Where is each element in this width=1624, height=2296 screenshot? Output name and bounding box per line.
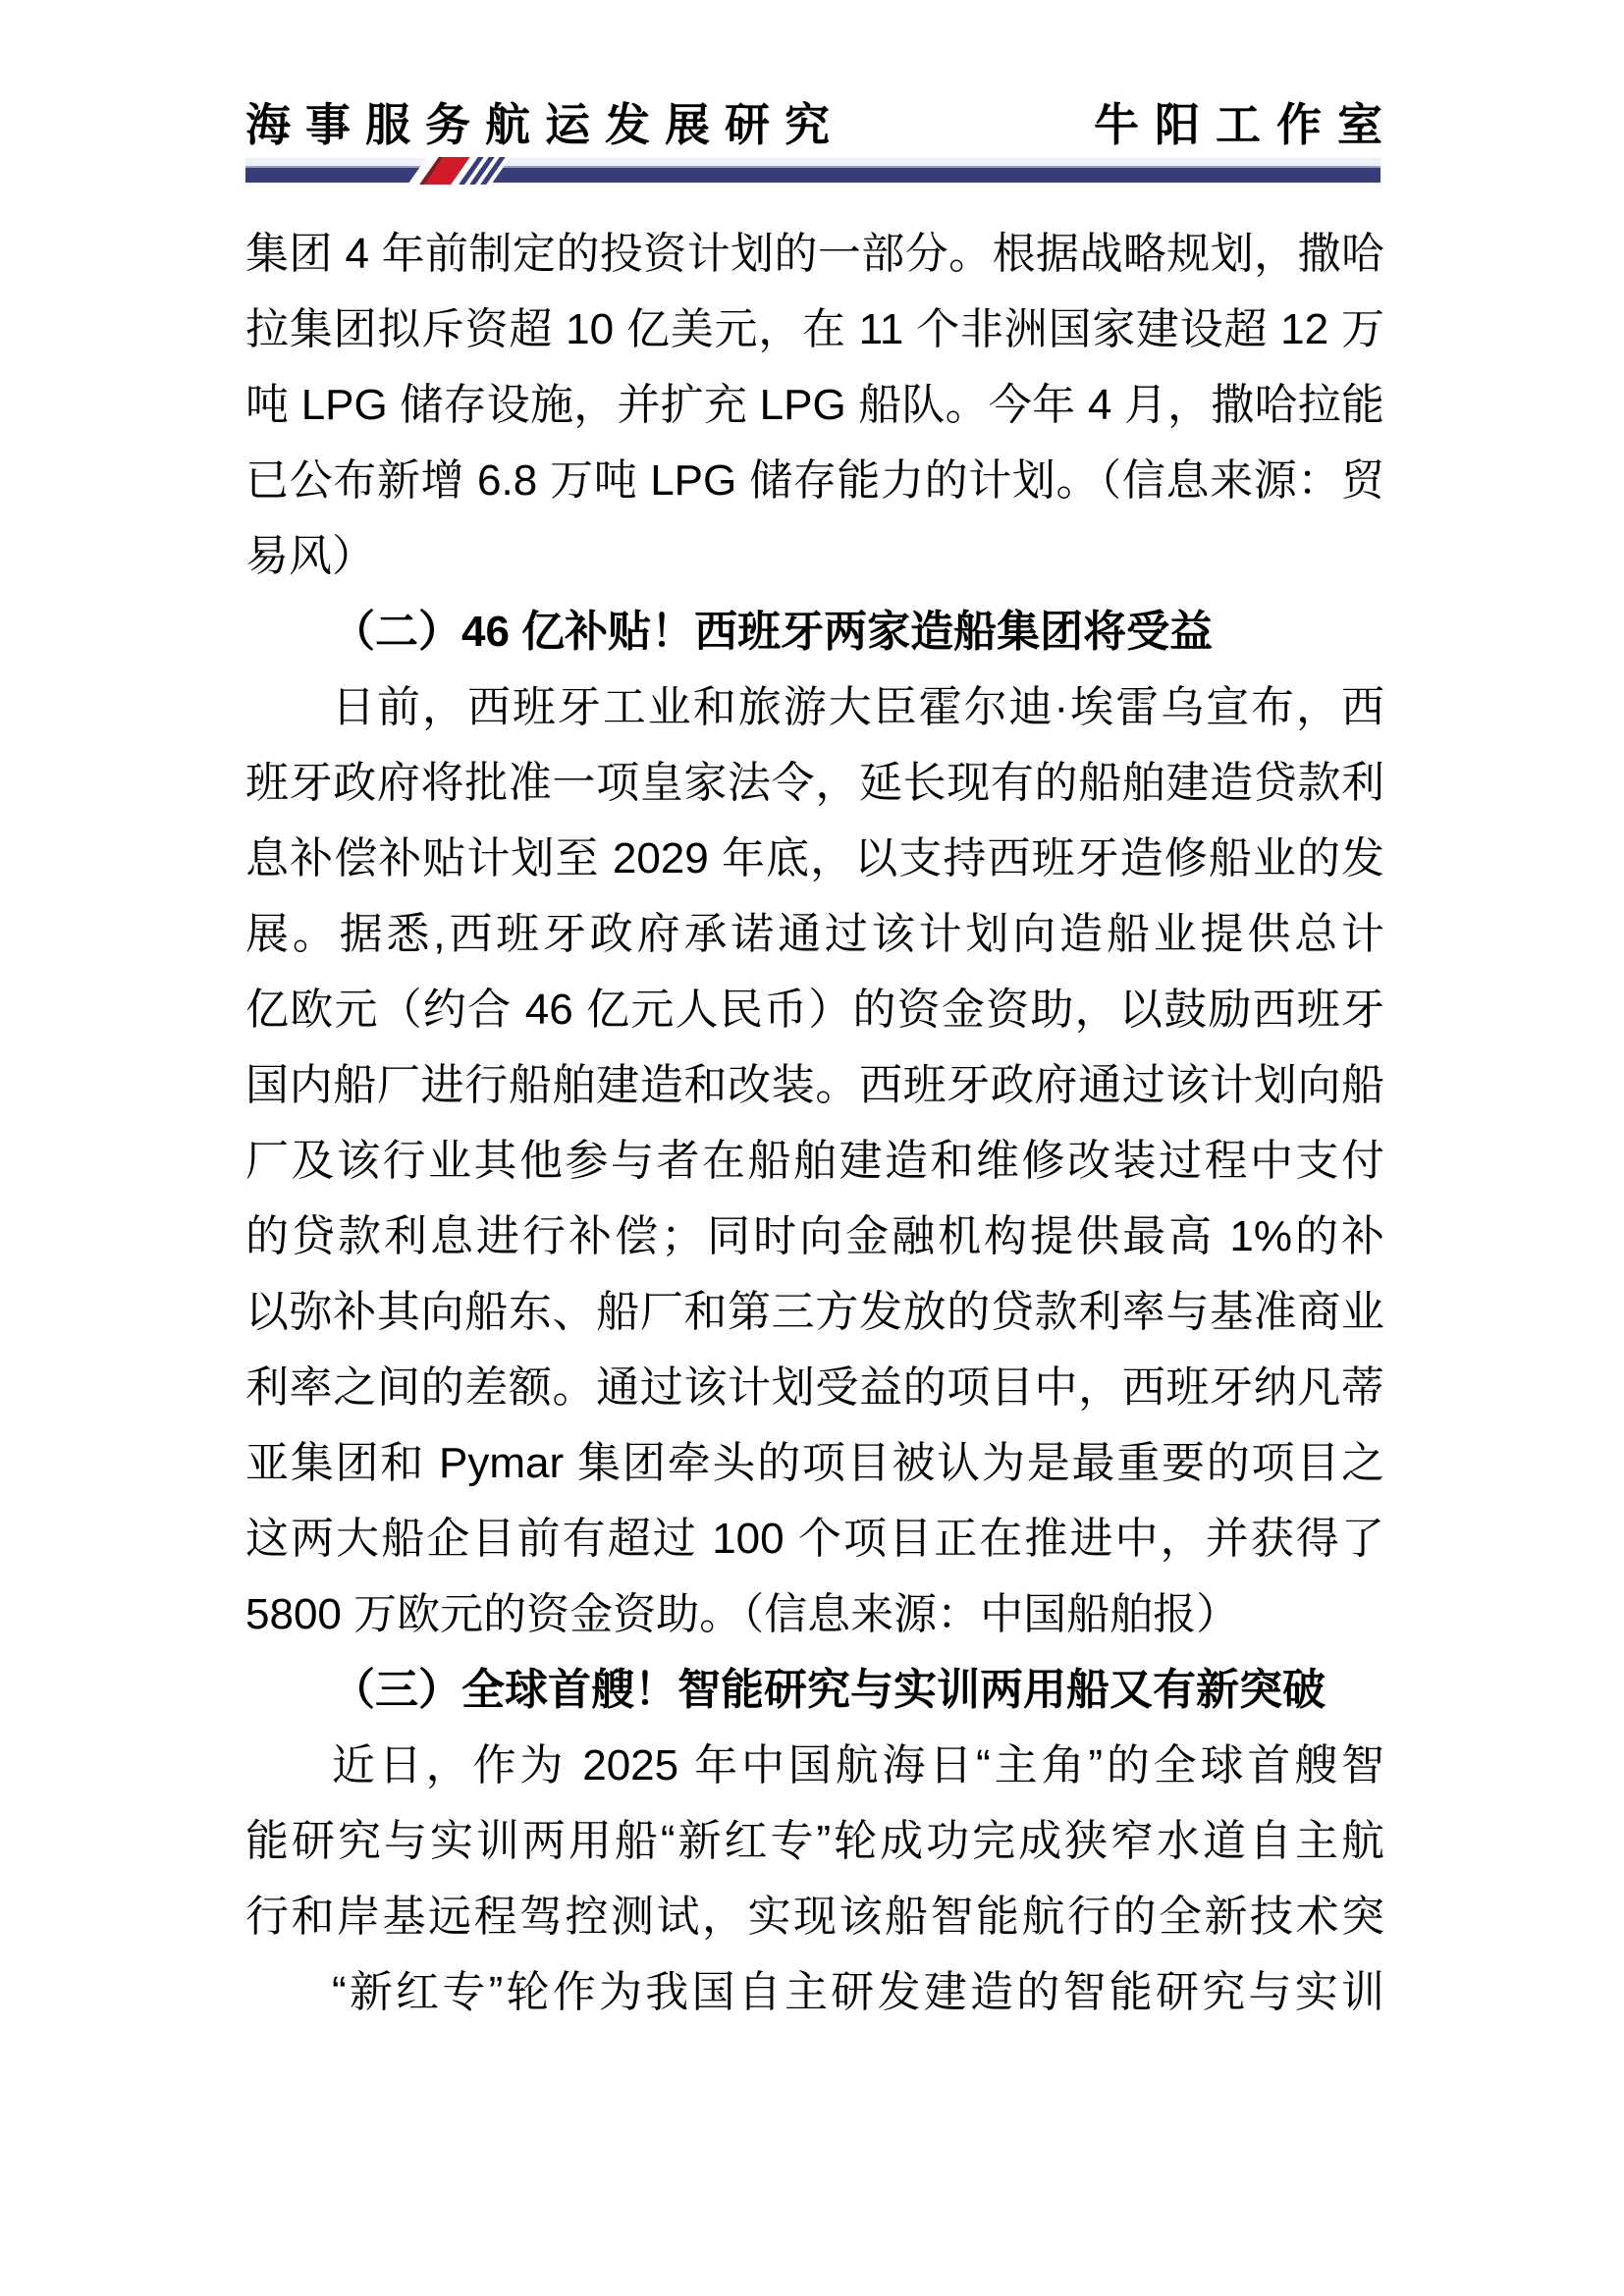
- text-line: 吨 LPG 储存设施，并扩充 LPG 船队。今年 4 月，撒哈拉能源: [245, 367, 1384, 443]
- text-line: 利率之间的差额。通过该计划受益的项目中，西班牙纳凡蒂: [245, 1350, 1384, 1425]
- text-line: 息补偿补贴计划至 2029 年底，以支持西班牙造修船业的发: [245, 821, 1384, 896]
- text-line: 行和岸基远程驾控测试，实现该船智能航行的全新技术突破。: [245, 1879, 1384, 1954]
- text-line: 国内船厂进行船舶建造和改装。西班牙政府通过该计划向船: [245, 1047, 1384, 1123]
- document-page: 海事服务航运发展研究 牛阳工作室 集团 4 年前制定的投资计划的一部分。根据战略…: [0, 0, 1624, 2296]
- text-line: 已公布新增 6.8 万吨 LPG 储存能力的计划。（信息来源：贸: [245, 443, 1384, 518]
- text-line: 以弥补其向船东、船厂和第三方发放的贷款利率与基准商业: [245, 1274, 1384, 1350]
- header-accent-decoration: [417, 157, 525, 185]
- text-line: 5800 万欧元的资金资助。（信息来源：中国船舶报）: [245, 1576, 1384, 1652]
- section-heading: （二）46 亿补贴！西班牙两家造船集团将受益: [245, 594, 1384, 669]
- header-right-title: 牛阳工作室: [1094, 100, 1398, 150]
- page-header: 海事服务航运发展研究 牛阳工作室: [245, 100, 1382, 150]
- text-line: 亿欧元（约合 46 亿元人民币）的资金资助，以鼓励西班牙: [245, 972, 1384, 1047]
- text-line: 能研究与实训两用船“新红专”轮成功完成狭窄水道自主航: [245, 1803, 1384, 1879]
- section-heading: （三）全球首艘！智能研究与实训两用船又有新突破: [245, 1652, 1384, 1728]
- text-line: 这两大船企目前有超过 100 个项目正在推进中，并获得了: [245, 1501, 1384, 1576]
- text-line: 拉集团拟斥资超 10 亿美元，在 11 个非洲国家建设超 12 万: [245, 292, 1384, 367]
- text-line: 的贷款利息进行补偿；同时向金融机构提供最高 1%的补偿，: [245, 1199, 1384, 1274]
- text-line: “新红专”轮作为我国自主研发建造的智能研究与实训: [245, 1954, 1384, 2030]
- text-line: 亚集团和 Pymar 集团牵头的项目被认为是最重要的项目之一。: [245, 1425, 1384, 1501]
- text-line: 日前，西班牙工业和旅游大臣霍尔迪·埃雷乌宣布，西: [245, 669, 1384, 745]
- body-lines: 集团 4 年前制定的投资计划的一部分。根据战略规划，撒哈拉集团拟斥资超 10 亿…: [245, 216, 1384, 2030]
- text-line: 易风）: [245, 518, 1384, 594]
- text-line: 集团 4 年前制定的投资计划的一部分。根据战略规划，撒哈: [245, 216, 1384, 292]
- text-line: 厂及该行业其他参与者在船舶建造和维修改装过程中支付: [245, 1123, 1384, 1199]
- header-rule-light-strip: [245, 158, 1380, 166]
- text-line: 近日，作为 2025 年中国航海日“主角”的全球首艘智: [245, 1728, 1384, 1803]
- text-line: 班牙政府将批准一项皇家法令，延长现有的船舶建造贷款利: [245, 745, 1384, 821]
- text-line: 展。据悉,西班牙政府承诺通过该计划向造船业提供总计 5.59: [245, 896, 1384, 972]
- header-left-title: 海事服务航运发展研究: [245, 100, 844, 150]
